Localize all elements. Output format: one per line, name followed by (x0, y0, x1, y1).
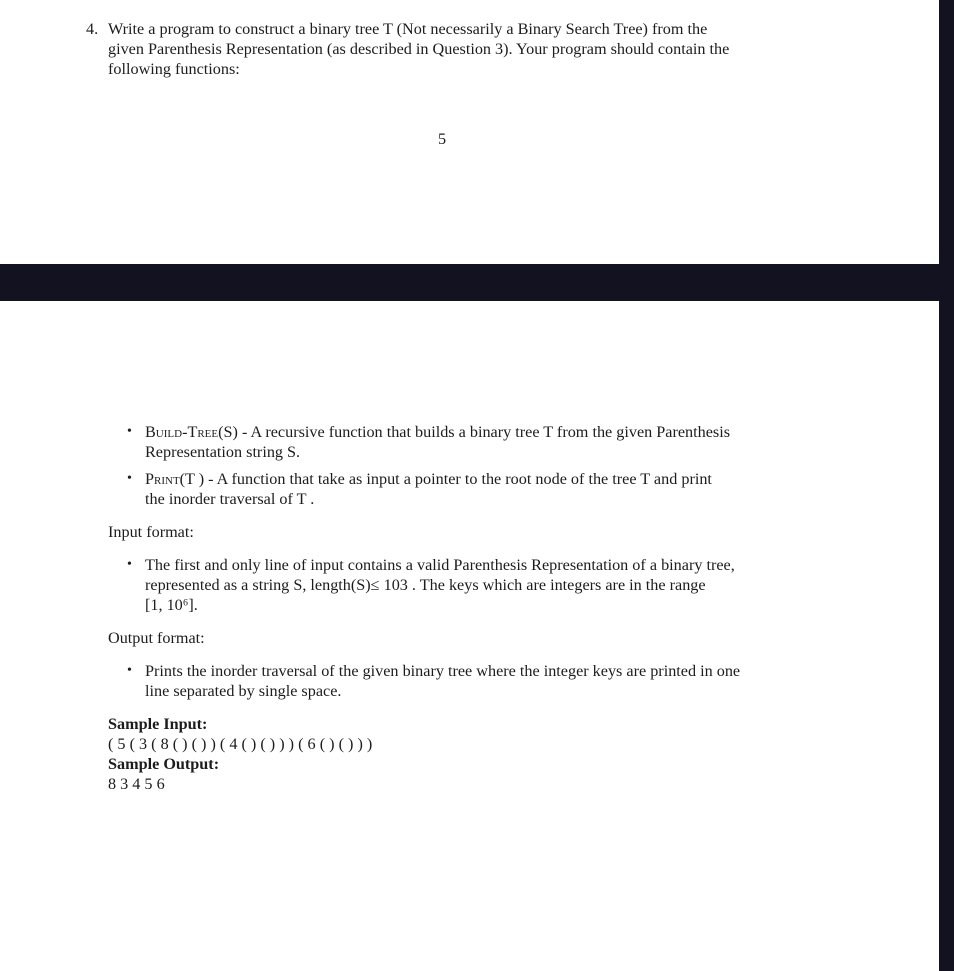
question-line-1: Write a program to construct a binary tr… (108, 20, 707, 38)
function-desc-cont: the inorder traversal of T . (145, 489, 818, 509)
question-line-2: given Parenthesis Representation (as des… (86, 39, 818, 59)
viewer-scrollbar-edge (939, 0, 954, 971)
output-format-line-2: line separated by single space. (145, 681, 818, 701)
function-name: Build-Tree(S) (145, 423, 238, 441)
sample-input-label: Sample Input: (108, 714, 207, 734)
page-number: 5 (0, 129, 884, 149)
function-build-tree: Build-Tree(S) - A recursive function tha… (145, 422, 818, 462)
function-desc: - A function that take as input a pointe… (204, 470, 712, 488)
sample-output-value: 8 3 4 5 6 (108, 774, 165, 794)
sample-output-label: Sample Output: (108, 754, 219, 774)
output-format-item: Prints the inorder traversal of the give… (145, 661, 818, 701)
input-format-line-2: represented as a string S, length(S)≤ 10… (145, 575, 818, 595)
question-paragraph: 4.Write a program to construct a binary … (86, 19, 818, 79)
bullet-icon: • (127, 422, 132, 442)
question-line-3: following functions: (86, 59, 818, 79)
function-desc: - A recursive function that builds a bin… (238, 423, 730, 441)
input-format-heading: Input format: (108, 522, 194, 542)
bullet-icon: • (127, 555, 132, 575)
function-name: Print(T ) (145, 470, 204, 488)
bullet-icon: • (127, 661, 132, 681)
function-desc-cont: Representation string S. (145, 442, 818, 462)
bullet-icon: • (127, 469, 132, 489)
input-format-line-1: The first and only line of input contain… (145, 555, 818, 575)
input-format-item: The first and only line of input contain… (145, 555, 818, 615)
output-format-heading: Output format: (108, 628, 205, 648)
input-format-line-3: [1, 10⁶]. (145, 595, 818, 615)
function-print: Print(T ) - A function that take as inpu… (145, 469, 818, 509)
question-number: 4. (86, 19, 108, 39)
output-format-line-1: Prints the inorder traversal of the give… (145, 661, 818, 681)
sample-input-value: ( 5 ( 3 ( 8 ( ) ( ) ) ( 4 ( ) ( ) ) ) ( … (108, 734, 372, 754)
page-break-separator (0, 264, 954, 301)
